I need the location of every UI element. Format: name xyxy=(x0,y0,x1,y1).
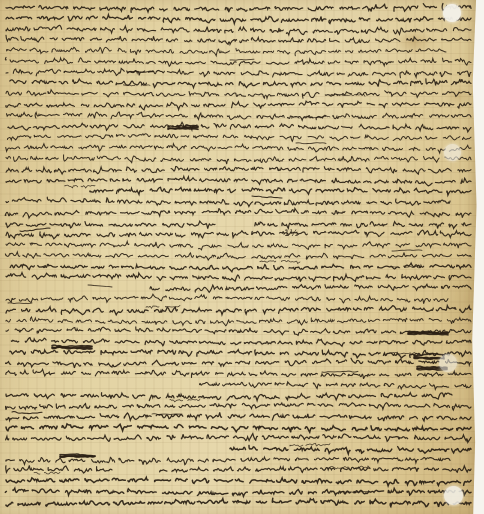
handwriting-line xyxy=(6,166,471,174)
handwriting-line xyxy=(6,155,471,164)
handwriting-line xyxy=(5,209,471,219)
handwriting-line xyxy=(6,457,450,465)
handwriting-line xyxy=(6,15,471,24)
interlinear-correction xyxy=(65,185,95,188)
handwriting-line xyxy=(6,317,471,326)
handwriting-line xyxy=(7,112,471,120)
handwriting-line xyxy=(6,273,471,282)
handwriting-line xyxy=(6,327,471,335)
handwriting-ink-layer: 1½ xyxy=(0,0,477,514)
underline-mark xyxy=(88,285,112,287)
handwriting-line xyxy=(6,369,471,378)
handwriting-line xyxy=(230,446,471,454)
handwriting-line xyxy=(6,90,471,98)
underline-mark xyxy=(230,59,254,60)
underline-mark xyxy=(8,303,32,304)
handwriting-line xyxy=(10,79,471,88)
handwriting-line xyxy=(6,403,471,410)
underline-mark xyxy=(152,414,182,415)
scan-background: 1½ xyxy=(0,0,484,514)
interlinear-correction xyxy=(331,94,365,96)
manuscript-page: 1½ xyxy=(0,0,477,514)
handwriting-line xyxy=(5,57,471,66)
handwriting-line xyxy=(6,197,450,206)
handwriting-line xyxy=(6,498,471,507)
handwriting-line xyxy=(7,47,446,56)
handwriting-line xyxy=(5,252,471,260)
handwriting-line xyxy=(6,68,471,77)
interlinear-correction xyxy=(260,261,300,264)
underline-mark xyxy=(392,250,422,251)
handwriting-line xyxy=(6,424,471,432)
handwriting-line xyxy=(6,393,452,401)
handwriting-line xyxy=(6,434,471,443)
handwriting-line xyxy=(6,294,448,303)
handwriting-line xyxy=(8,122,471,132)
handwriting-line xyxy=(6,242,471,250)
handwriting-line xyxy=(6,306,471,315)
interlinear-correction xyxy=(290,443,330,446)
handwriting-line xyxy=(6,221,215,228)
punch-hole xyxy=(443,4,461,22)
handwriting-line xyxy=(5,488,471,496)
underline-mark xyxy=(296,143,326,144)
handwriting-line xyxy=(6,101,471,110)
handwriting-line xyxy=(6,358,471,368)
handwriting-line xyxy=(6,35,471,44)
interlinear-correction xyxy=(170,399,200,402)
handwriting-line xyxy=(200,382,471,389)
handwriting-line xyxy=(6,478,471,486)
handwriting-line xyxy=(6,412,471,421)
strikethrough-mark xyxy=(252,196,282,198)
interlinear-correction xyxy=(34,472,60,474)
handwriting-line xyxy=(90,187,471,195)
handwriting-line xyxy=(255,222,471,229)
underline-mark xyxy=(322,371,358,372)
handwriting-line xyxy=(7,134,471,142)
handwriting-line xyxy=(160,466,471,472)
handwriting-line xyxy=(10,263,471,272)
handwriting-line xyxy=(6,176,471,186)
punch-hole xyxy=(444,144,461,161)
punch-hole xyxy=(439,354,457,372)
handwriting-line xyxy=(150,284,471,292)
strikethrough-mark xyxy=(20,228,50,231)
handwriting-line xyxy=(6,230,471,239)
handwriting-line xyxy=(6,144,471,153)
handwriting-line xyxy=(6,4,471,13)
handwriting-line xyxy=(11,338,471,347)
inline-numeral: 1½ xyxy=(284,229,299,239)
strikethrough-mark xyxy=(12,412,42,414)
handwriting-line xyxy=(6,465,112,473)
punch-hole xyxy=(444,486,463,505)
handwriting-line xyxy=(6,25,471,35)
